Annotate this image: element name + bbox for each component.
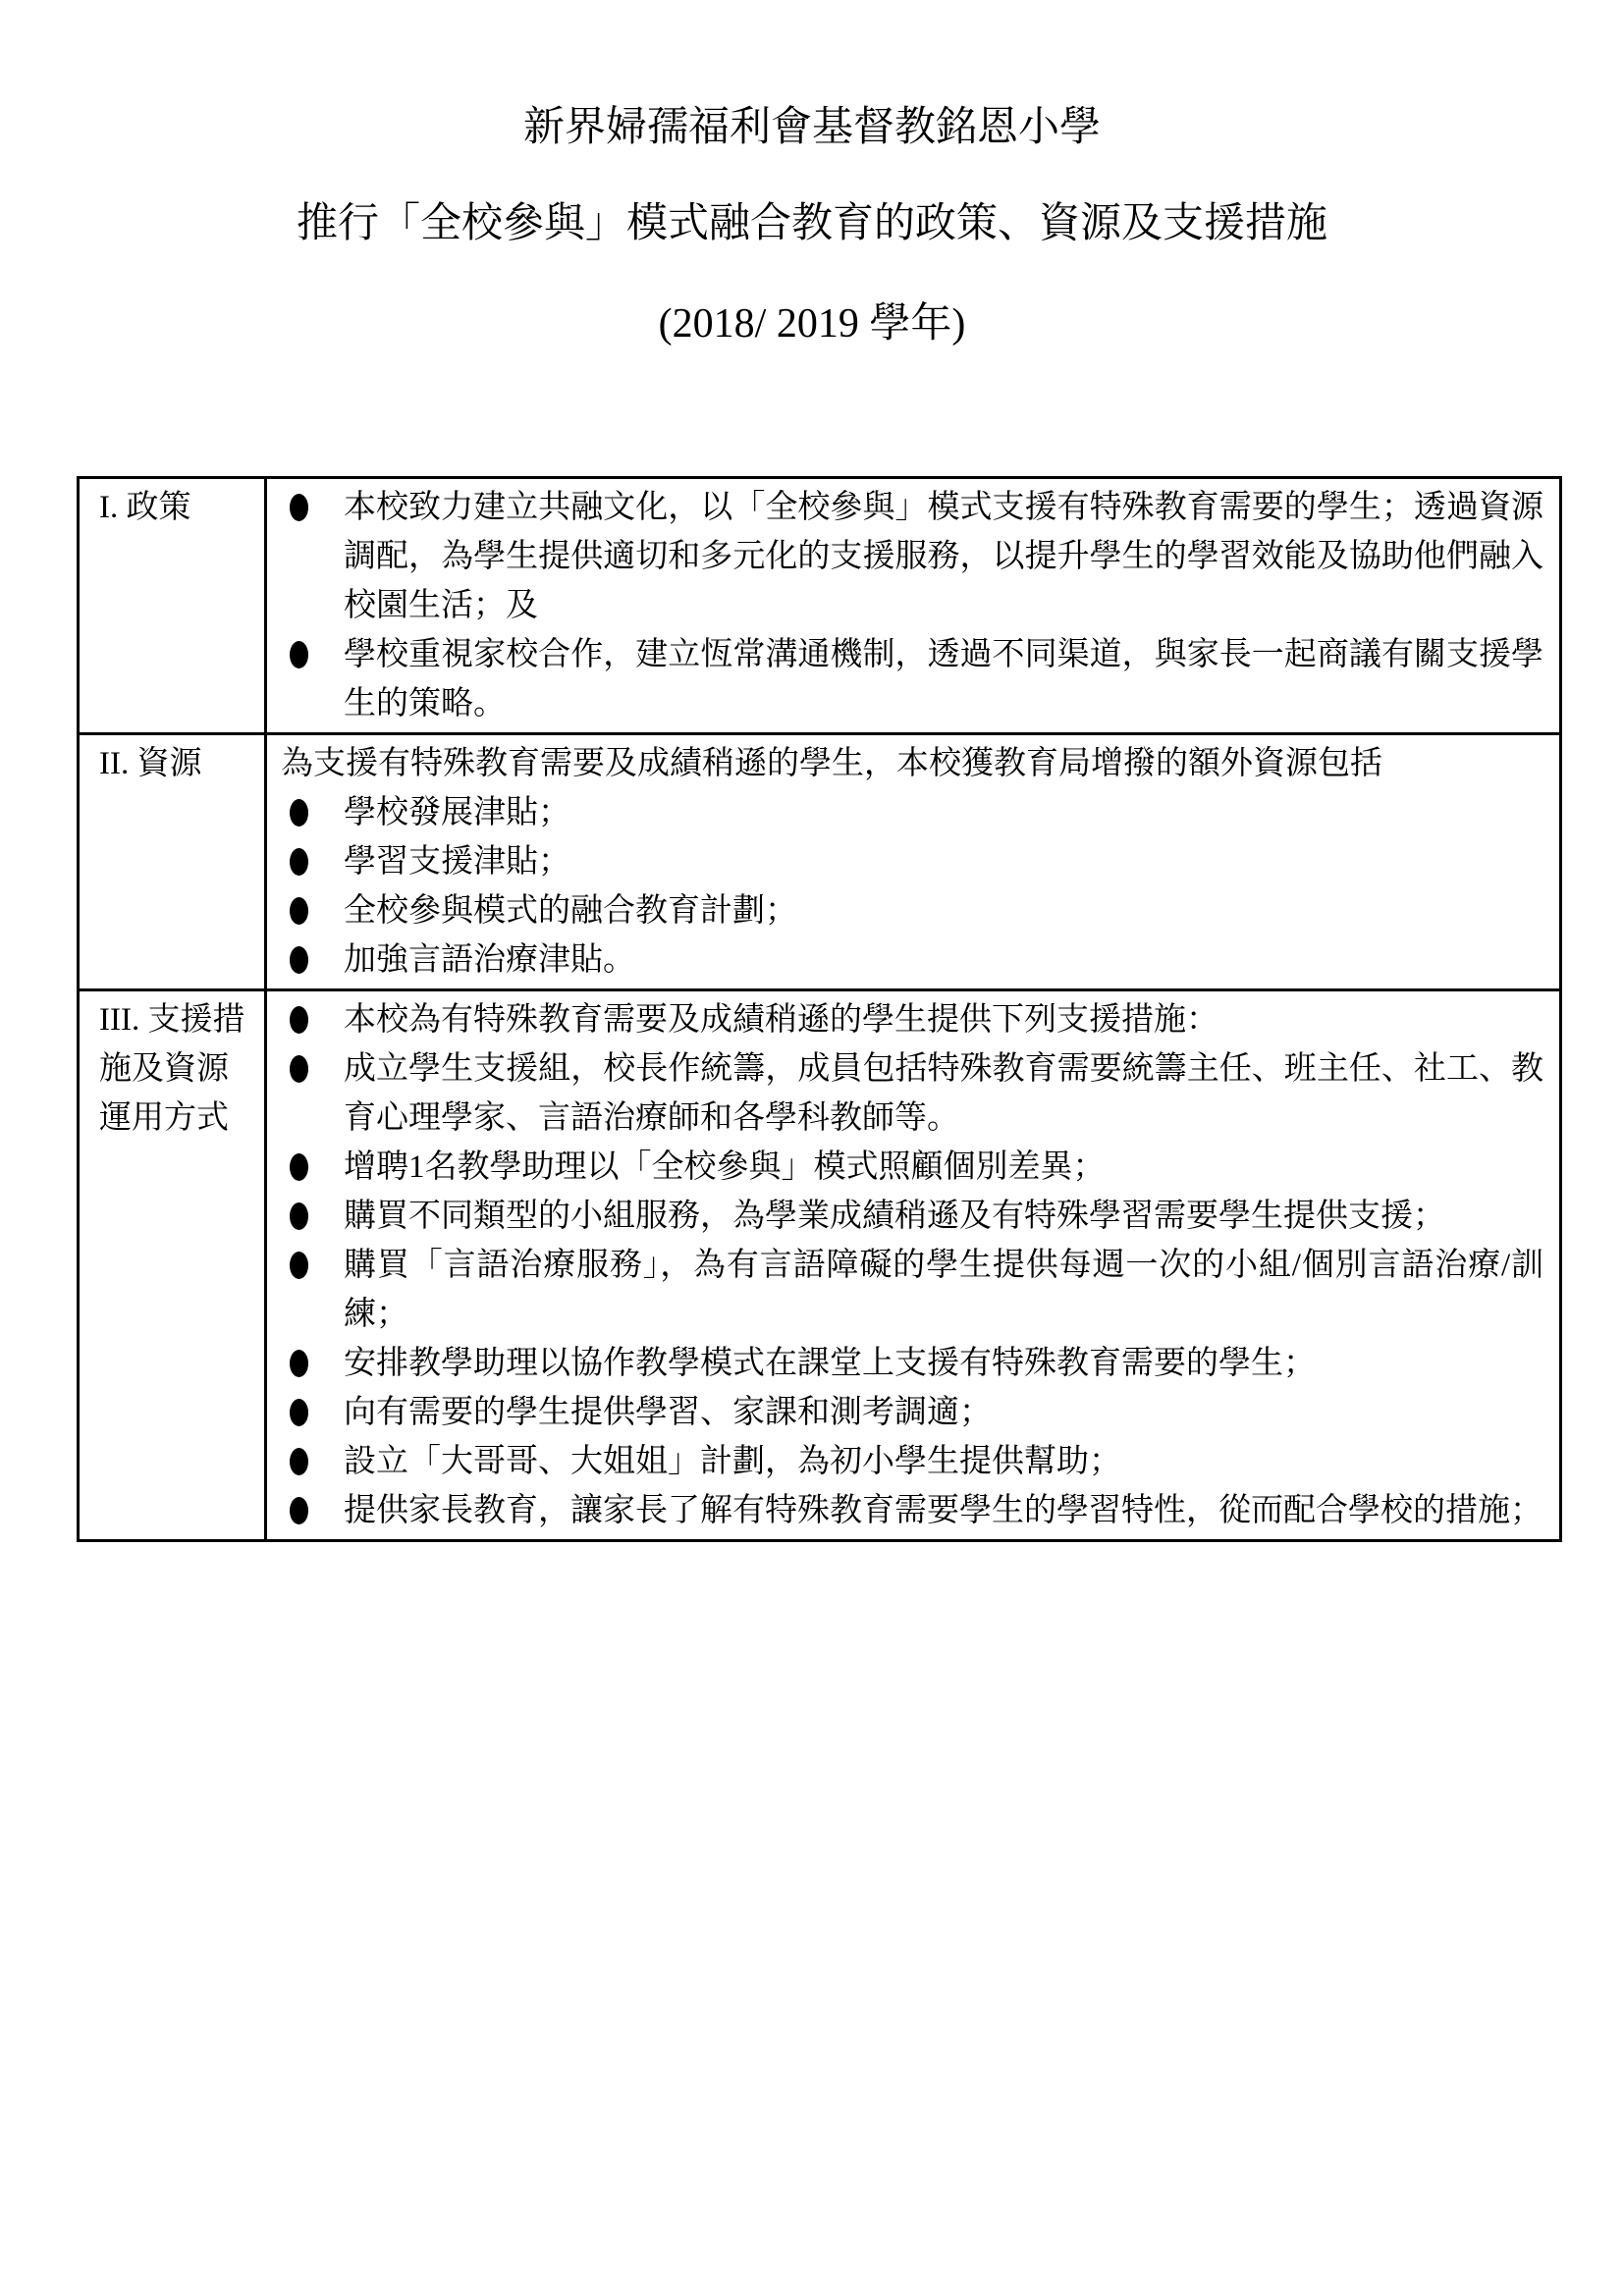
document-page: 新界婦孺福利會基督教銘恩小學 推行「全校參與」模式融合教育的政策、資源及支援措施… <box>0 0 1624 2296</box>
bullet-item: 購買不同類型的小組服務，為學業成績稍遜及有特殊學習需要學生提供支援； <box>281 1192 1543 1241</box>
bullet-text: 提供家長教育，讓家長了解有特殊教育需要學生的學習特性，從而配合學校的措施； <box>344 1493 1543 1528</box>
table-row-resources: II. 資源 為支援有特殊教育需要及成績稍遜的學生，本校獲教育局增撥的額外資源包… <box>79 734 1561 990</box>
bullet-item: 本校為有特殊教育需要及成績稍遜的學生提供下列支援措施： <box>281 995 1543 1044</box>
table-row-policy: I. 政策 本校致力建立共融文化，以「全校參與」模式支援有特殊教育需要的學生；透… <box>79 478 1561 734</box>
bullet-item: 學習支援津貼； <box>281 837 1543 886</box>
bullet-icon <box>290 1448 308 1475</box>
bullet-icon <box>290 1006 308 1034</box>
bullet-text: 學校重視家校合作，建立恆常溝通機制，透過不同渠道，與家長一起商議有關支援學生的策… <box>344 637 1543 721</box>
bullet-icon <box>290 1252 308 1279</box>
bullet-text: 本校為有特殊教育需要及成績稍遜的學生提供下列支援措施： <box>344 1002 1218 1038</box>
bullet-item: 本校致力建立共融文化，以「全校參與」模式支援有特殊教育需要的學生；透過資源調配，… <box>281 483 1543 630</box>
row-label-support-measures: III. 支援措施及資源運用方式 <box>79 990 266 1541</box>
table-row-support-measures: III. 支援措施及資源運用方式 本校為有特殊教育需要及成績稍遜的學生提供下列支… <box>79 990 1561 1541</box>
bullet-icon <box>290 897 308 925</box>
bullet-item: 成立學生支援組，校長作統籌，成員包括特殊教育需要統籌主任、班主任、社工、教育心理… <box>281 1044 1543 1143</box>
bullet-icon <box>290 799 308 827</box>
bullet-item: 提供家長教育，讓家長了解有特殊教育需要學生的學習特性，從而配合學校的措施； <box>281 1486 1543 1535</box>
bullet-icon <box>290 848 308 876</box>
bullet-icon <box>290 641 308 668</box>
bullet-item: 設立「大哥哥、大姐姐」計劃，為初小學生提供幫助； <box>281 1437 1543 1486</box>
bullet-list: 本校致力建立共融文化，以「全校參與」模式支援有特殊教育需要的學生；透過資源調配，… <box>281 483 1543 728</box>
bullet-icon <box>290 1350 308 1377</box>
row-label-policy: I. 政策 <box>79 478 266 734</box>
row-content-policy: 本校致力建立共融文化，以「全校參與」模式支援有特殊教育需要的學生；透過資源調配，… <box>266 478 1561 734</box>
bullet-list: 本校為有特殊教育需要及成績稍遜的學生提供下列支援措施：成立學生支援組，校長作統籌… <box>281 995 1543 1535</box>
bullet-icon <box>290 946 308 974</box>
bullet-text: 設立「大哥哥、大姐姐」計劃，為初小學生提供幫助； <box>344 1444 1121 1479</box>
bullet-item: 學校重視家校合作，建立恆常溝通機制，透過不同渠道，與家長一起商議有關支援學生的策… <box>281 630 1543 728</box>
bullet-text: 購買「言語治療服務」，為有言語障礙的學生提供每週一次的小組/個別言語治療/訓練； <box>344 1248 1543 1332</box>
school-year-line: (2018/ 2019 學年) <box>0 300 1624 347</box>
bullet-item: 增聘1名教學助理以「全校參與」模式照顧個別差異； <box>281 1143 1543 1192</box>
bullet-item: 學校發展津貼； <box>281 788 1543 837</box>
bullet-icon <box>290 494 308 521</box>
bullet-item: 購買「言語治療服務」，為有言語障礙的學生提供每週一次的小組/個別言語治療/訓練； <box>281 1241 1543 1339</box>
policy-table: I. 政策 本校致力建立共融文化，以「全校參與」模式支援有特殊教育需要的學生；透… <box>77 476 1562 1542</box>
row-content-resources: 為支援有特殊教育需要及成績稍遜的學生，本校獲教育局增撥的額外資源包括 學校發展津… <box>266 734 1561 990</box>
bullet-text: 全校參與模式的融合教育計劃； <box>344 893 797 929</box>
row-content-support-measures: 本校為有特殊教育需要及成績稍遜的學生提供下列支援措施：成立學生支援組，校長作統籌… <box>266 990 1561 1541</box>
bullet-icon <box>290 1497 308 1524</box>
bullet-item: 向有需要的學生提供學習、家課和測考調適； <box>281 1388 1543 1437</box>
bullet-text: 學校發展津貼； <box>344 795 570 830</box>
row-label-resources: II. 資源 <box>79 734 266 990</box>
bullet-text: 學習支援津貼； <box>344 844 570 880</box>
bullet-text: 本校致力建立共融文化，以「全校參與」模式支援有特殊教育需要的學生；透過資源調配，… <box>344 490 1543 623</box>
bullet-item: 安排教學助理以協作教學模式在課堂上支援有特殊教育需要的學生； <box>281 1339 1543 1388</box>
bullet-text: 購買不同類型的小組服務，為學業成績稍遜及有特殊學習需要學生提供支援； <box>344 1199 1445 1234</box>
bullet-icon <box>290 1399 308 1426</box>
bullet-icon <box>290 1202 308 1230</box>
document-subtitle: 推行「全校參與」模式融合教育的政策、資源及支援措施 <box>0 200 1624 247</box>
bullet-list: 學校發展津貼；學習支援津貼；全校參與模式的融合教育計劃；加強言語治療津貼。 <box>281 788 1543 985</box>
document-title: 新界婦孺福利會基督教銘恩小學 <box>0 104 1624 151</box>
bullet-icon <box>290 1055 308 1083</box>
bullet-item: 加強言語治療津貼。 <box>281 935 1543 985</box>
bullet-text: 增聘1名教學助理以「全校參與」模式照顧個別差異； <box>344 1149 1106 1185</box>
bullet-text: 加強言語治療津貼。 <box>344 942 635 978</box>
bullet-item: 全校參與模式的融合教育計劃； <box>281 886 1543 935</box>
row-intro: 為支援有特殊教育需要及成績稍遜的學生，本校獲教育局增撥的額外資源包括 <box>281 739 1543 788</box>
bullet-text: 向有需要的學生提供學習、家課和測考調適； <box>344 1395 992 1430</box>
bullet-text: 安排教學助理以協作教學模式在課堂上支援有特殊教育需要的學生； <box>344 1346 1316 1381</box>
bullet-icon <box>290 1153 308 1181</box>
bullet-text: 成立學生支援組，校長作統籌，成員包括特殊教育需要統籌主任、班主任、社工、教育心理… <box>344 1051 1543 1136</box>
